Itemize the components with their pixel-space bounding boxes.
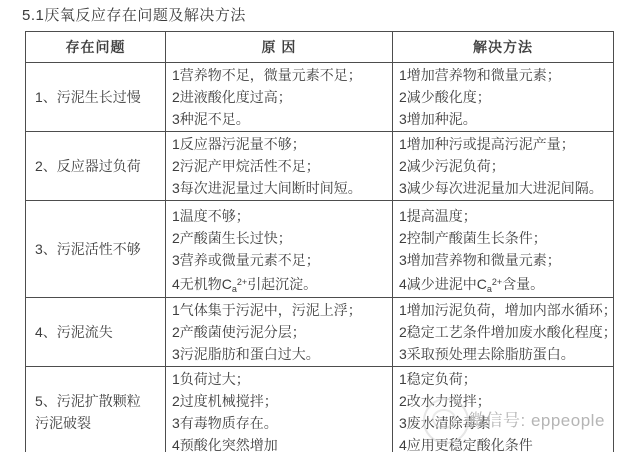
cell-line: 1稳定负荷； xyxy=(399,368,610,390)
cell-line: 3营养或微量元素不足； xyxy=(172,249,389,271)
cell-line: 2改水力搅拌； xyxy=(399,390,610,412)
cell-line: 3每次进泥量过大间断时间短。 xyxy=(172,177,389,199)
problem-cell: 1、污泥生长过慢 xyxy=(26,63,166,132)
cell-line: 2减少酸化度； xyxy=(399,86,610,108)
cell-line: 1提高温度； xyxy=(399,205,610,227)
problems-solutions-table: 存在问题 原 因 解决方法 1、污泥生长过慢1营养物不足，微量元素不足；2进液酸… xyxy=(25,31,614,452)
header-row: 存在问题 原 因 解决方法 xyxy=(26,32,614,63)
table-row: 3、污泥活性不够1温度不够；2产酸菌生长过快；3营养或微量元素不足；4无机物Ca… xyxy=(26,201,614,298)
cell-line: 1反应器污泥量不够； xyxy=(172,133,389,155)
cell-line: 2控制产酸菌生长条件； xyxy=(399,227,610,249)
cell-line: 3有毒物质存在。 xyxy=(172,412,389,434)
solutions-cell: 1增加营养物和微量元素；2减少酸化度；3增加种泥。 xyxy=(393,63,614,132)
solutions-cell: 1稳定负荷；2改水力搅拌；3废水清除毒素4应用更稳定酸化条件 xyxy=(393,367,614,452)
cell-line: 2产酸菌生长过快； xyxy=(172,227,389,249)
cell-line: 3减少每次进泥量加大进泥间隔。 xyxy=(399,177,610,199)
cell-line: 2污泥产甲烷活性不足； xyxy=(172,155,389,177)
cell-line: 4减少进泥中Ca2+含量。 xyxy=(399,271,610,293)
table-row: 2、反应器过负荷1反应器污泥量不够；2污泥产甲烷活性不足；3每次进泥量过大间断时… xyxy=(26,132,614,201)
cell-line: 1增加种污或提高污泥产量； xyxy=(399,133,610,155)
table-row: 5、污泥扩散颗粒 污泥破裂1负荷过大；2过度机械搅拌；3有毒物质存在。4预酸化突… xyxy=(26,367,614,452)
solutions-cell: 1增加污泥负荷，增加内部水循环；2稳定工艺条件增加废水酸化程度；3采取预处理去除… xyxy=(393,298,614,367)
problem-cell: 3、污泥活性不够 xyxy=(26,201,166,298)
cell-line: 1气体集于污泥中，污泥上浮； xyxy=(172,299,389,321)
cell-line: 4无机物Ca2+引起沉淀。 xyxy=(172,271,389,293)
cell-line: 3采取预处理去除脂肪蛋白。 xyxy=(399,343,610,365)
table-header: 存在问题 原 因 解决方法 xyxy=(26,32,614,63)
causes-cell: 1反应器污泥量不够；2污泥产甲烷活性不足；3每次进泥量过大间断时间短。 xyxy=(166,132,393,201)
page-title: 5.1厌氧反应存在问题及解决方法 xyxy=(22,4,246,25)
header-solution: 解决方法 xyxy=(393,32,614,63)
solutions-cell: 1提高温度；2控制产酸菌生长条件；3增加营养物和微量元素；4减少进泥中Ca2+含… xyxy=(393,201,614,298)
cell-line: 2稳定工艺条件增加废水酸化程度； xyxy=(399,321,610,343)
problem-cell: 4、污泥流失 xyxy=(26,298,166,367)
cell-line: 3增加种泥。 xyxy=(399,108,610,130)
problem-cell: 2、反应器过负荷 xyxy=(26,132,166,201)
cell-line: 1负荷过大； xyxy=(172,368,389,390)
problem-cell: 5、污泥扩散颗粒 污泥破裂 xyxy=(26,367,166,452)
cell-line: 2减少污泥负荷； xyxy=(399,155,610,177)
solutions-cell: 1增加种污或提高污泥产量；2减少污泥负荷；3减少每次进泥量加大进泥间隔。 xyxy=(393,132,614,201)
cell-line: 1增加污泥负荷，增加内部水循环； xyxy=(399,299,610,321)
cell-line: 4应用更稳定酸化条件 xyxy=(399,434,610,452)
causes-cell: 1营养物不足，微量元素不足；2进液酸化度过高；3种泥不足。 xyxy=(166,63,393,132)
cell-line: 2产酸菌使污泥分层； xyxy=(172,321,389,343)
page: { "title": "5.1厌氧反应存在问题及解决方法", "table": … xyxy=(0,0,640,452)
table-row: 4、污泥流失1气体集于污泥中，污泥上浮；2产酸菌使污泥分层；3污泥脂肪和蛋白过大… xyxy=(26,298,614,367)
header-cause: 原 因 xyxy=(166,32,393,63)
cell-line: 2进液酸化度过高； xyxy=(172,86,389,108)
table-row: 1、污泥生长过慢1营养物不足，微量元素不足；2进液酸化度过高；3种泥不足。1增加… xyxy=(26,63,614,132)
cell-line: 2过度机械搅拌； xyxy=(172,390,389,412)
cell-line: 1增加营养物和微量元素； xyxy=(399,64,610,86)
header-problem: 存在问题 xyxy=(26,32,166,63)
causes-cell: 1温度不够；2产酸菌生长过快；3营养或微量元素不足；4无机物Ca2+引起沉淀。 xyxy=(166,201,393,298)
causes-cell: 1负荷过大；2过度机械搅拌；3有毒物质存在。4预酸化突然增加 xyxy=(166,367,393,452)
cell-line: 1温度不够； xyxy=(172,205,389,227)
cell-line: 3种泥不足。 xyxy=(172,108,389,130)
cell-line: 3废水清除毒素 xyxy=(399,412,610,434)
cell-line: 4预酸化突然增加 xyxy=(172,434,389,452)
cell-line: 1营养物不足，微量元素不足； xyxy=(172,64,389,86)
causes-cell: 1气体集于污泥中，污泥上浮；2产酸菌使污泥分层；3污泥脂肪和蛋白过大。 xyxy=(166,298,393,367)
cell-line: 3增加营养物和微量元素； xyxy=(399,249,610,271)
cell-line: 3污泥脂肪和蛋白过大。 xyxy=(172,343,389,365)
table-body: 1、污泥生长过慢1营养物不足，微量元素不足；2进液酸化度过高；3种泥不足。1增加… xyxy=(26,63,614,452)
